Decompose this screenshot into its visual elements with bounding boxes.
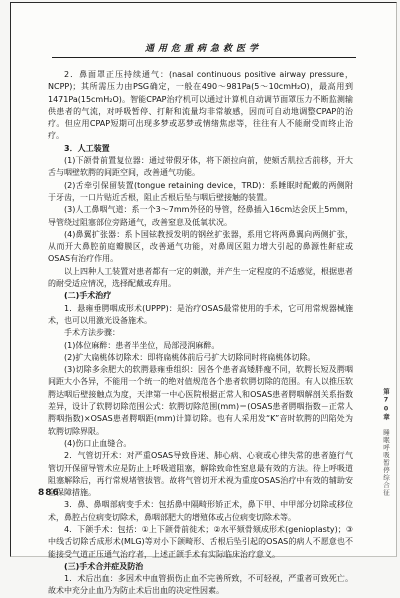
header-rule: [52, 57, 356, 58]
paragraph-procedure-steps: 手术方法步骤：: [48, 327, 353, 339]
chapter-margin-tab: 第70章 睡眠呼吸暂停综合征: [380, 388, 392, 497]
page-number: 886: [38, 488, 60, 498]
paragraph-tracheotomy: 2．气管切开术：对严重OSAS导致昏迷、肺心病、心衰或心律失常的患者施行气管切开…: [48, 450, 353, 499]
paragraph-devices-summary: 以上四种人工装置对患者都有一定的刺激，并产生一定程度的不适感觉，根据患者的耐受适…: [48, 266, 353, 291]
paragraph-mandible-device: (1)下颌骨前置复位器：通过带假牙体，将下颌拉向前，使颏舌肌拉舌前移，开大舌与咽…: [48, 155, 353, 180]
paragraph-step-suture: (4)伤口止血缝合。: [48, 438, 353, 450]
paragraph-step-tonsillectomy: (2)扩大扁桃体切除术：即将扁桃体前后弓扩大切除同时将扁桃体切除。: [48, 352, 353, 364]
paragraph-nasopharyngeal-airway: (3)人工鼻咽气道：系一个3～7mm外径的导管，经鼻插入16cm达会厌上5mm，…: [48, 204, 353, 229]
chapter-title-label: 睡眠呼吸暂停综合征: [381, 429, 391, 497]
body-text: 2．鼻面罩正压持续通气：(nasal continuous positive a…: [48, 69, 353, 560]
heading-artificial-devices: 3．人工装置: [48, 143, 353, 155]
paragraph-nasal-surgery: 3．鼻、鼻咽部病变手术：包括鼻中隔畸形矫正术，鼻下甲、中甲部分切除或移位术，鼻腔…: [48, 499, 353, 524]
paragraph-tongue-device: (2)舌牵引保留装置(tongue retaining device，TRD)：…: [48, 180, 353, 205]
running-head: 通用危重病急救医学: [11, 41, 396, 54]
paragraph-uppp: 1．悬雍垂腭咽成形术(UPPP)：是治疗OSAS最常使用的手术，它可用常规器械施…: [48, 303, 353, 328]
paragraph-step-anesthesia: (1)体位麻醉：患者半坐位，局部浸润麻醉。: [48, 340, 353, 352]
paragraph-mandible-surgery: 4．下颌手术：包括：①上下颌骨前徙术；②水平颏骨颏成形术(genioplasty…: [48, 524, 353, 560]
paragraph-ncpp: 2．鼻面罩正压持续通气：(nasal continuous positive a…: [48, 69, 353, 143]
scanned-book-page: 通用危重病急救医学 2．鼻面罩正压持续通气：(nasal continuous …: [10, 2, 397, 557]
heading-surgical-treatment: (二)手术治疗: [48, 290, 353, 302]
paragraph-nasal-dilator: (4)鼻翼扩张器：系卜国铉教授发明的钢丝扩张器，系用它将两鼻翼向两侧扩张，从而开…: [48, 229, 353, 266]
chapter-number-label: 第70章: [381, 388, 391, 421]
paragraph-step-palate-resection: (3)切除多余肥大的软腭悬雍垂组织：因各个患者高矮胖瘦不同，软腭长短及腭咽间距大…: [48, 364, 353, 438]
